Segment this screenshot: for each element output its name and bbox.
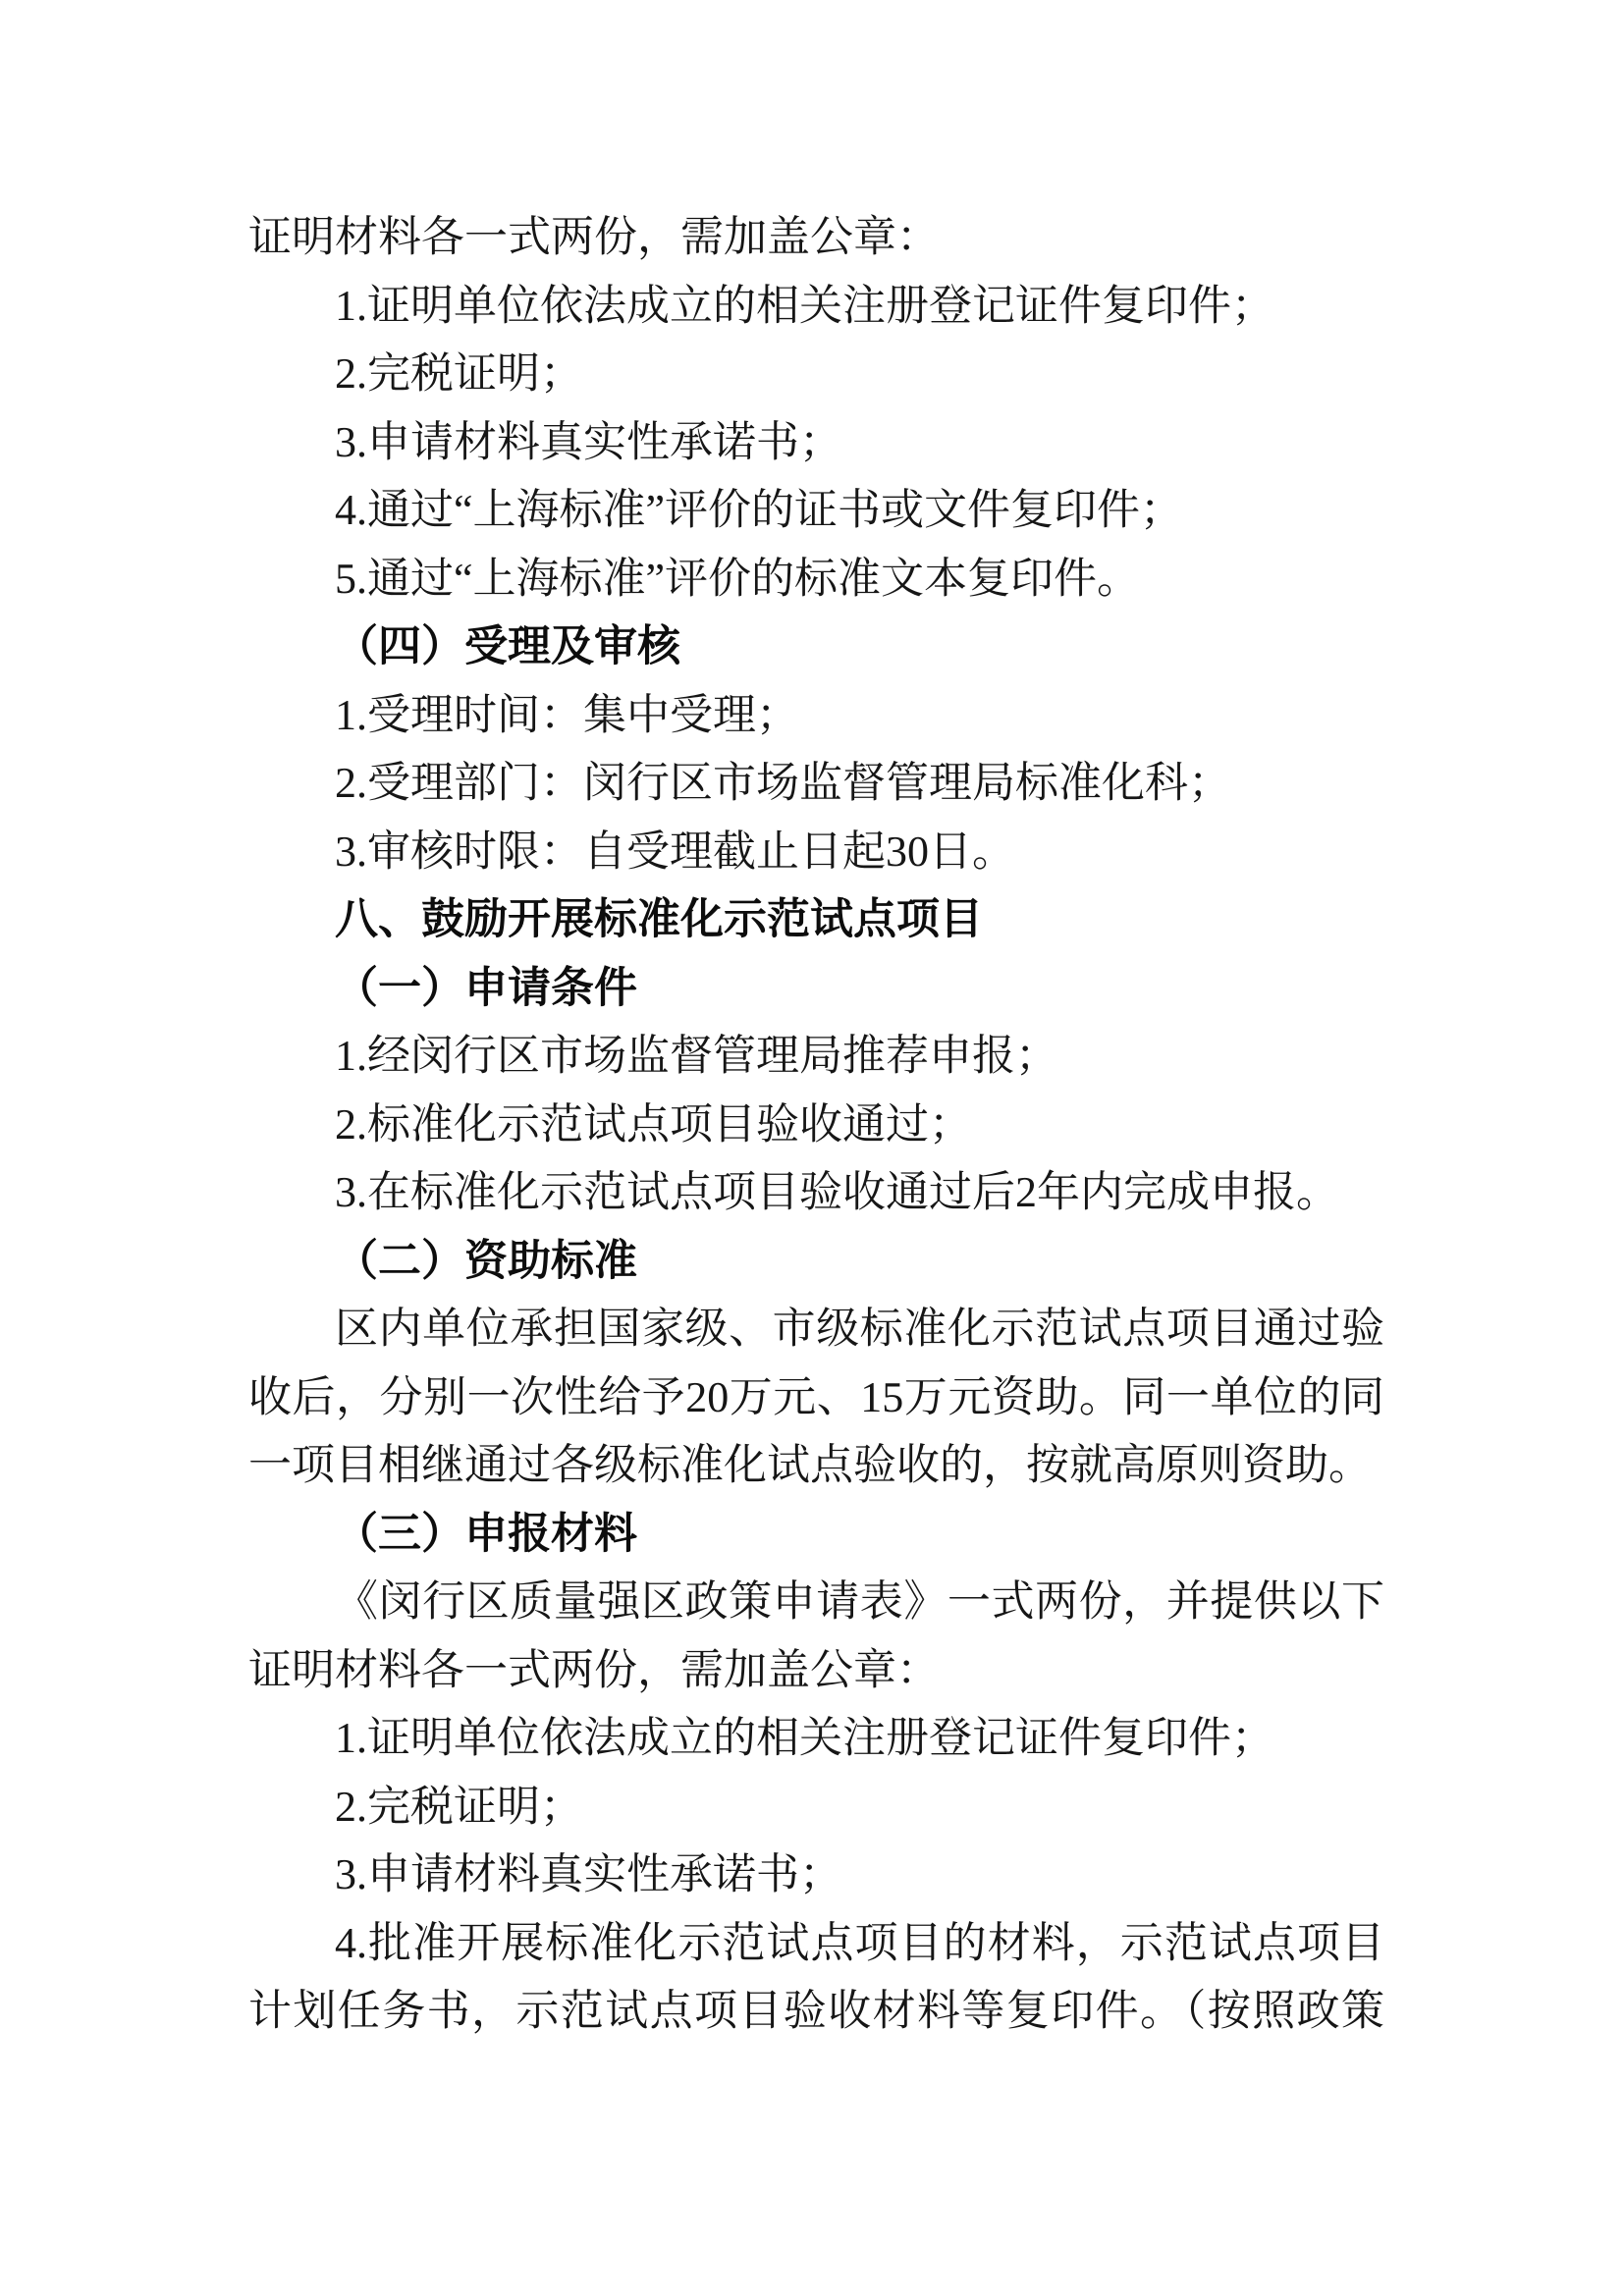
text-line: 1.证明单位依法成立的相关注册登记证件复印件；	[248, 272, 1384, 341]
text-line: 2.受理部门：闵行区市场监督管理局标准化科；	[248, 749, 1384, 818]
text-line: 证明材料各一式两份，需加盖公章：	[248, 203, 1384, 272]
heading-line: （二）资助标准	[248, 1227, 1384, 1296]
text-line: 1.证明单位依法成立的相关注册登记证件复印件；	[248, 1704, 1384, 1773]
text-line: 2.完税证明；	[248, 1773, 1384, 1842]
text-line: 证明材料各一式两份，需加盖公章：	[248, 1636, 1384, 1705]
text-line: 4.批准开展标准化示范试点项目的材料，示范试点项目	[248, 1909, 1384, 1978]
text-line: 区内单位承担国家级、市级标准化示范试点项目通过验	[248, 1295, 1384, 1363]
text-line: 1.经闵行区市场监督管理局推荐申报；	[248, 1022, 1384, 1091]
document-body: 证明材料各一式两份，需加盖公章：1.证明单位依法成立的相关注册登记证件复印件；2…	[248, 203, 1384, 2046]
text-line: 《闵行区质量强区政策申请表》一式两份，并提供以下	[248, 1568, 1384, 1636]
text-line: 5.通过“上海标准”评价的标准文本复印件。	[248, 545, 1384, 614]
text-line: 1.受理时间：集中受理；	[248, 681, 1384, 750]
heading-line: （三）申报材料	[248, 1500, 1384, 1569]
heading-line: 八、鼓励开展标准化示范试点项目	[248, 885, 1384, 954]
text-line: 3.申请材料真实性承诺书；	[248, 408, 1384, 477]
text-line: 3.申请材料真实性承诺书；	[248, 1841, 1384, 1909]
heading-line: （四）受理及审核	[248, 613, 1384, 681]
text-line: 收后，分别一次性给予20万元、15万元资助。同一单位的同	[248, 1363, 1384, 1432]
text-line: 2.标准化示范试点项目验收通过；	[248, 1091, 1384, 1159]
text-line: 3.在标准化示范试点项目验收通过后2年内完成申报。	[248, 1158, 1384, 1227]
text-line: 一项目相继通过各级标准化试点验收的，按就高原则资助。	[248, 1431, 1384, 1500]
text-line: 计划任务书，示范试点项目验收材料等复印件。（按照政策	[248, 1977, 1384, 2046]
text-line: 3.审核时限：自受理截止日起30日。	[248, 818, 1384, 886]
text-line: 2.完税证明；	[248, 340, 1384, 408]
text-line: 4.通过“上海标准”评价的证书或文件复印件；	[248, 476, 1384, 545]
heading-line: （一）申请条件	[248, 954, 1384, 1023]
document-page: 证明材料各一式两份，需加盖公章：1.证明单位依法成立的相关注册登记证件复印件；2…	[0, 0, 1624, 2296]
